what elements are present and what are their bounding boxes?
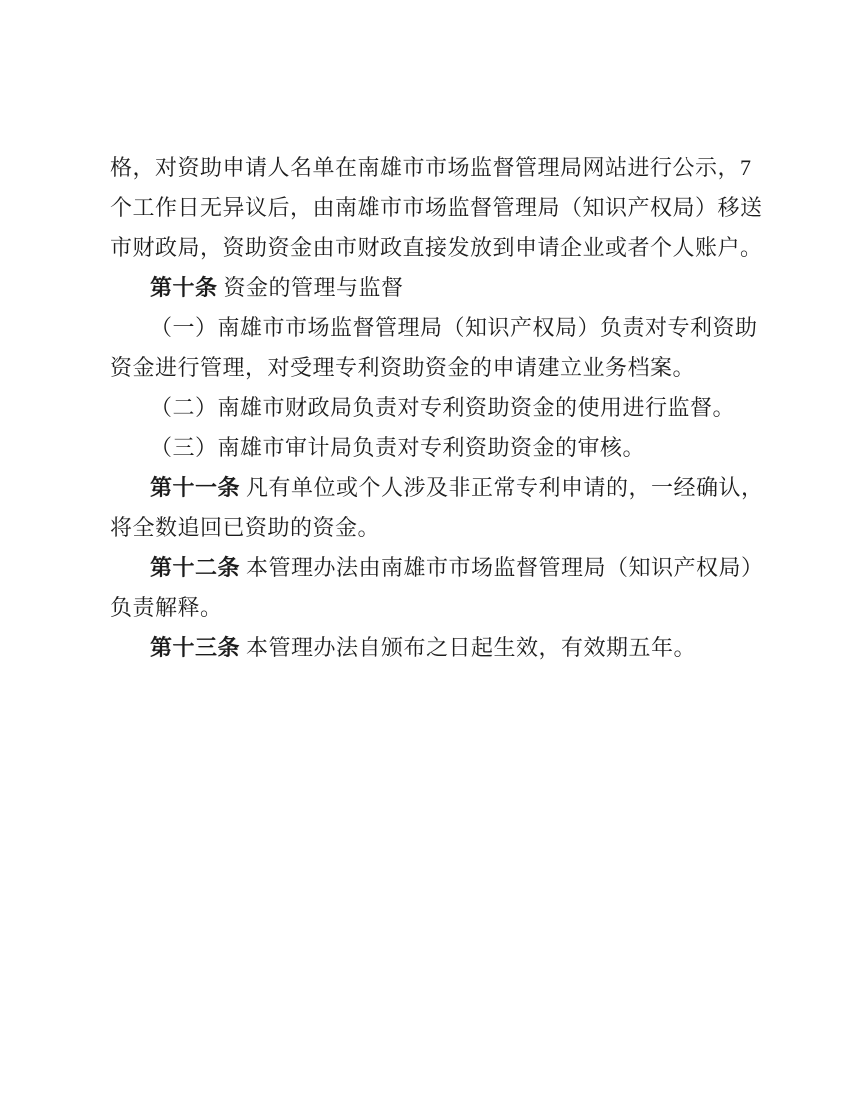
text-segment: 资金进行管理，对受理专利资助资金的申请建立业务档案。 (110, 355, 695, 380)
text-line: 第十一条 凡有单位或个人涉及非正常专利申请的，一经确认， (110, 468, 760, 508)
article-number: 第十二条 (150, 555, 240, 580)
text-segment: 本管理办法由南雄市市场监督管理局（知识产权局） (240, 555, 764, 580)
article-number: 第十三条 (150, 635, 240, 660)
document-page: 格，对资助申请人名单在南雄市市场监督管理局网站进行公示，7个工作日无异议后，由南… (0, 0, 860, 1112)
article-number: 第十条 (150, 275, 218, 300)
text-line: 第十二条 本管理办法由南雄市市场监督管理局（知识产权局） (110, 548, 760, 588)
text-segment: （三）南雄市审计局负责对专利资助资金的审核。 (150, 435, 645, 460)
text-line: 格，对资助申请人名单在南雄市市场监督管理局网站进行公示，7 (110, 148, 760, 188)
text-segment: 资金的管理与监督 (218, 275, 404, 300)
text-segment: 负责解释。 (110, 595, 223, 620)
text-segment: 凡有单位或个人涉及非正常专利申请的，一经确认， (240, 475, 764, 500)
text-segment: （二）南雄市财政局负责对专利资助资金的使用进行监督。 (150, 395, 735, 420)
document-text-body: 格，对资助申请人名单在南雄市市场监督管理局网站进行公示，7个工作日无异议后，由南… (110, 148, 760, 668)
text-line: 将全数追回已资助的资金。 (110, 508, 760, 548)
text-segment: （一）南雄市市场监督管理局（知识产权局）负责对专利资助 (150, 315, 758, 340)
text-line: 负责解释。 (110, 588, 760, 628)
text-line: 个工作日无异议后，由南雄市市场监督管理局（知识产权局）移送 (110, 188, 760, 228)
text-segment: 个工作日无异议后，由南雄市市场监督管理局（知识产权局）移送 (110, 195, 763, 220)
text-line: （三）南雄市审计局负责对专利资助资金的审核。 (110, 428, 760, 468)
text-line: 市财政局，资助资金由市财政直接发放到申请企业或者个人账户。 (110, 228, 760, 268)
text-line: （二）南雄市财政局负责对专利资助资金的使用进行监督。 (110, 388, 760, 428)
text-line: （一）南雄市市场监督管理局（知识产权局）负责对专利资助 (110, 308, 760, 348)
text-segment: 格，对资助申请人名单在南雄市市场监督管理局网站进行公示，7 (110, 155, 752, 180)
text-line: 第十三条 本管理办法自颁布之日起生效，有效期五年。 (110, 628, 760, 668)
text-segment: 市财政局，资助资金由市财政直接发放到申请企业或者个人账户。 (110, 235, 763, 260)
text-segment: 将全数追回已资助的资金。 (110, 515, 380, 540)
text-segment: 本管理办法自颁布之日起生效，有效期五年。 (240, 635, 696, 660)
article-number: 第十一条 (150, 475, 240, 500)
text-line: 资金进行管理，对受理专利资助资金的申请建立业务档案。 (110, 348, 760, 388)
text-line: 第十条 资金的管理与监督 (110, 268, 760, 308)
